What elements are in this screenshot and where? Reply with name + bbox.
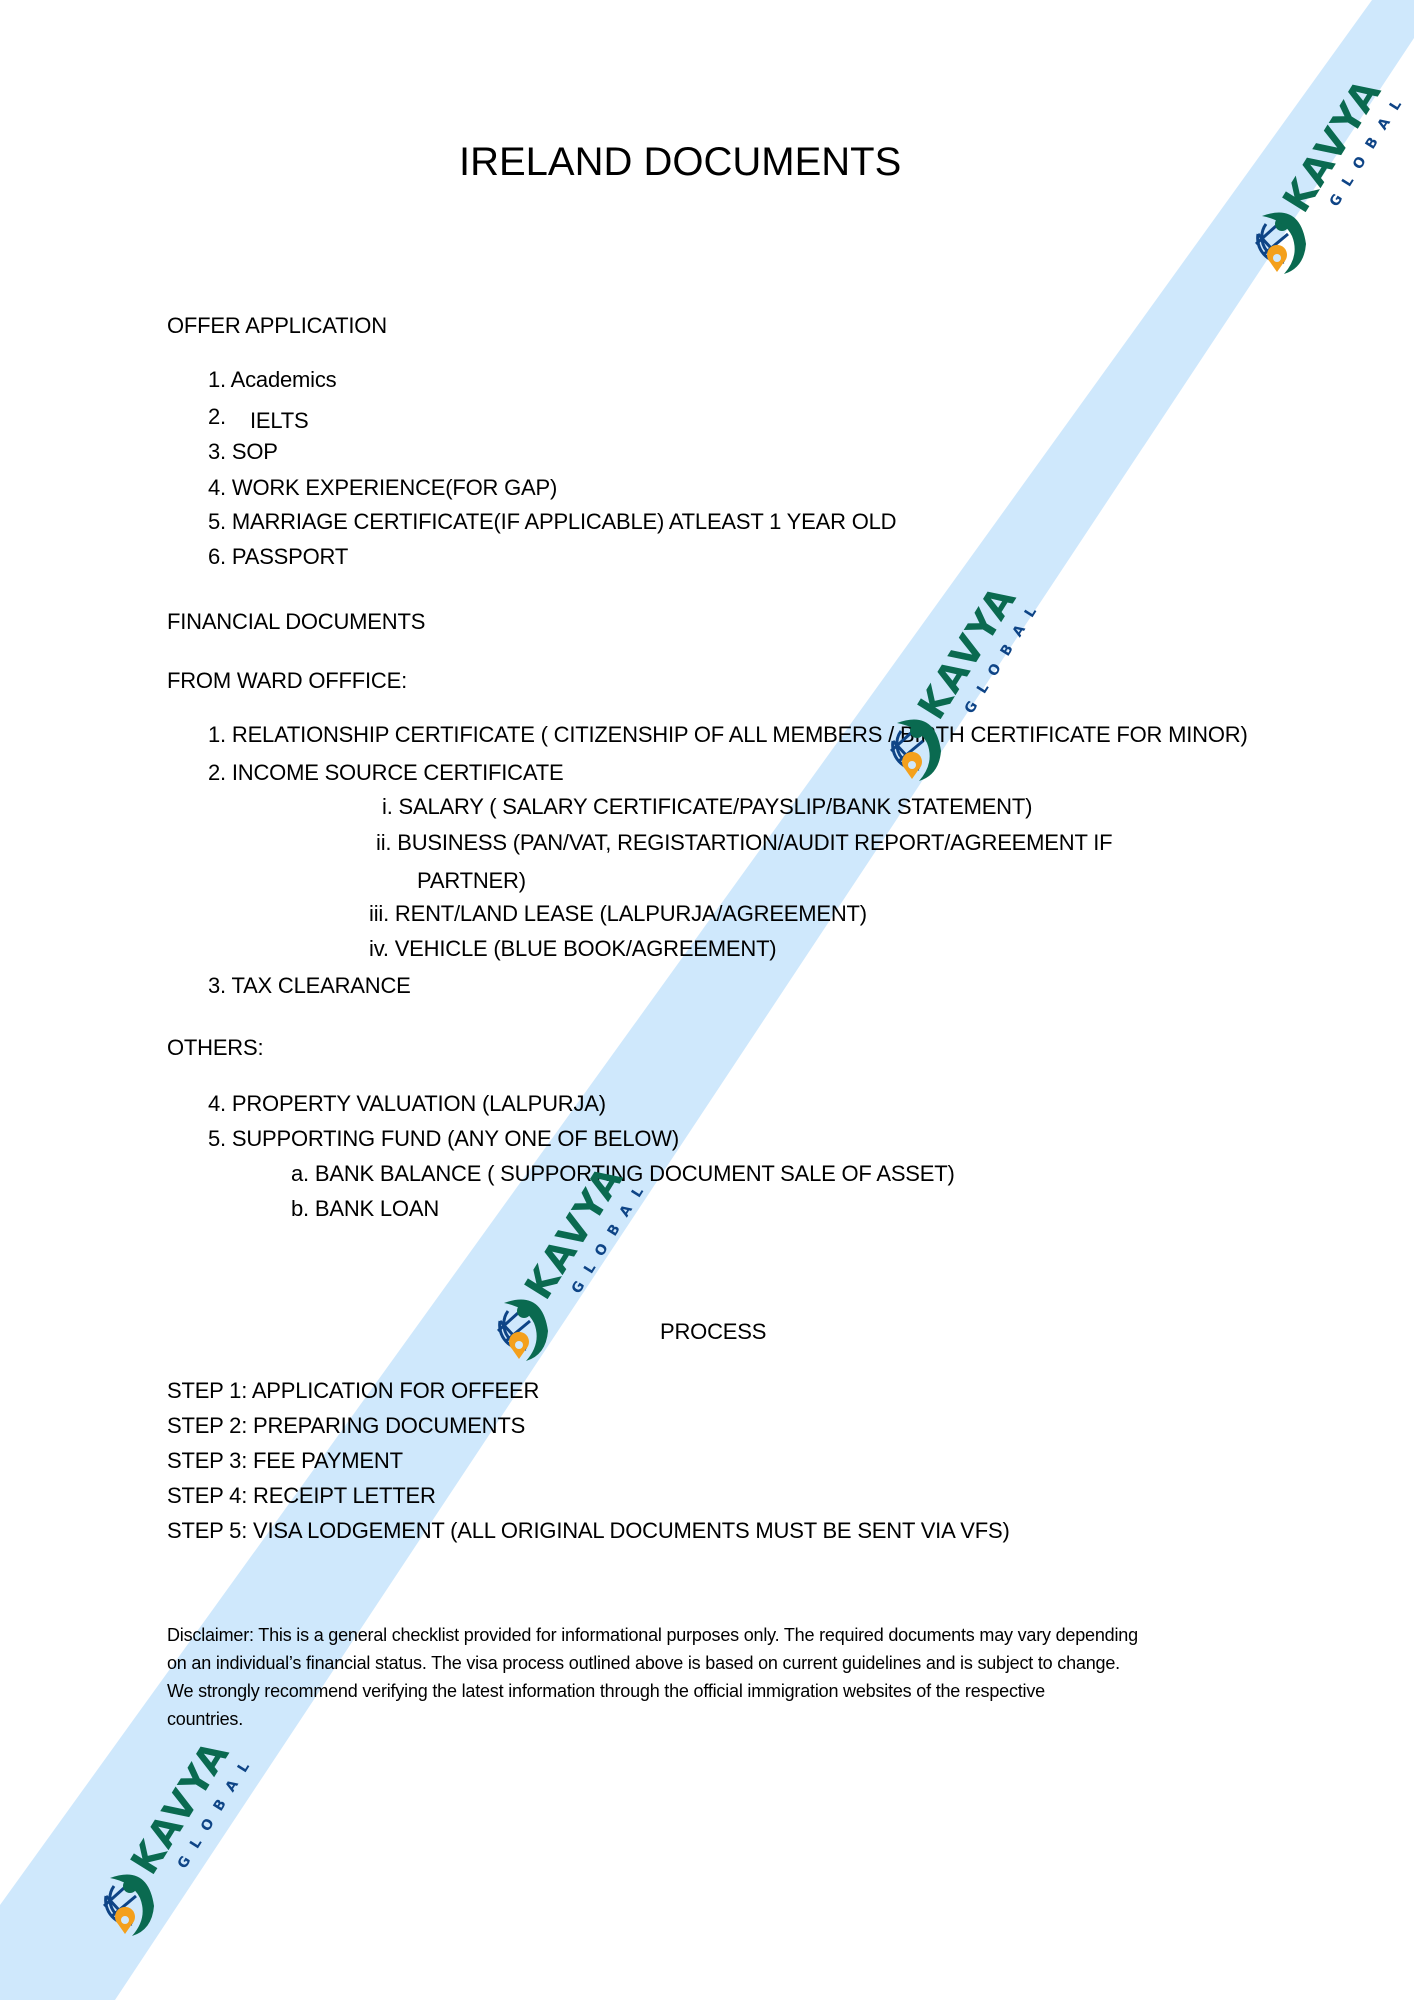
sub-list-item: b. BANK LOAN — [291, 1196, 439, 1222]
section-heading-offer-application: OFFER APPLICATION — [167, 313, 387, 339]
list-item: 2. INCOME SOURCE CERTIFICATE — [208, 760, 563, 786]
disclaimer-line: We strongly recommend verifying the late… — [167, 1681, 1045, 1702]
section-subheading-ward-office: FROM WARD OFFFICE: — [167, 668, 407, 694]
document-page: IRELAND DOCUMENTS OFFER APPLICATION 1. A… — [0, 0, 1414, 2000]
process-step: STEP 4: RECEIPT LETTER — [167, 1483, 436, 1509]
sub-list-item: iv. VEHICLE (BLUE BOOK/AGREEMENT) — [369, 936, 776, 962]
page-title: IRELAND DOCUMENTS — [459, 140, 901, 185]
section-heading-process: PROCESS — [660, 1319, 766, 1345]
list-item: 3. SOP — [208, 439, 278, 465]
sub-list-item: iii. RENT/LAND LEASE (LALPURJA/AGREEMENT… — [369, 901, 867, 927]
process-step: STEP 5: VISA LODGEMENT (ALL ORIGINAL DOC… — [167, 1518, 1010, 1544]
process-step: STEP 1: APPLICATION FOR OFFEER — [167, 1378, 539, 1404]
section-heading-financial-documents: FINANCIAL DOCUMENTS — [167, 609, 425, 635]
sub-list-item: a. BANK BALANCE ( SUPPORTING DOCUMENT SA… — [291, 1161, 955, 1187]
list-item: 2. — [208, 404, 226, 430]
sub-list-item: i. SALARY ( SALARY CERTIFICATE/PAYSLIP/B… — [382, 794, 1032, 820]
list-item: 5. SUPPORTING FUND (ANY ONE OF BELOW) — [208, 1126, 679, 1152]
process-step: STEP 3: FEE PAYMENT — [167, 1448, 403, 1474]
list-item: 5. MARRIAGE CERTIFICATE(IF APPLICABLE) A… — [208, 509, 896, 535]
list-item: 6. PASSPORT — [208, 544, 348, 570]
list-item: 3. TAX CLEARANCE — [208, 973, 411, 999]
sub-list-item-continuation: PARTNER) — [417, 868, 526, 894]
process-step: STEP 2: PREPARING DOCUMENTS — [167, 1413, 525, 1439]
disclaimer-line: on an individual’s financial status. The… — [167, 1653, 1120, 1674]
list-item: 4. PROPERTY VALUATION (LALPURJA) — [208, 1091, 606, 1117]
list-item: 1. RELATIONSHIP CERTIFICATE ( CITIZENSHI… — [208, 722, 1248, 748]
list-item-text: IELTS — [250, 408, 309, 434]
list-item: 4. WORK EXPERIENCE(FOR GAP) — [208, 475, 557, 501]
disclaimer-line: countries. — [167, 1709, 243, 1730]
section-heading-others: OTHERS: — [167, 1035, 263, 1061]
list-item: 1. Academics — [208, 367, 336, 393]
sub-list-item: ii. BUSINESS (PAN/VAT, REGISTARTION/AUDI… — [376, 830, 1112, 856]
disclaimer-line: Disclaimer: This is a general checklist … — [167, 1625, 1138, 1646]
